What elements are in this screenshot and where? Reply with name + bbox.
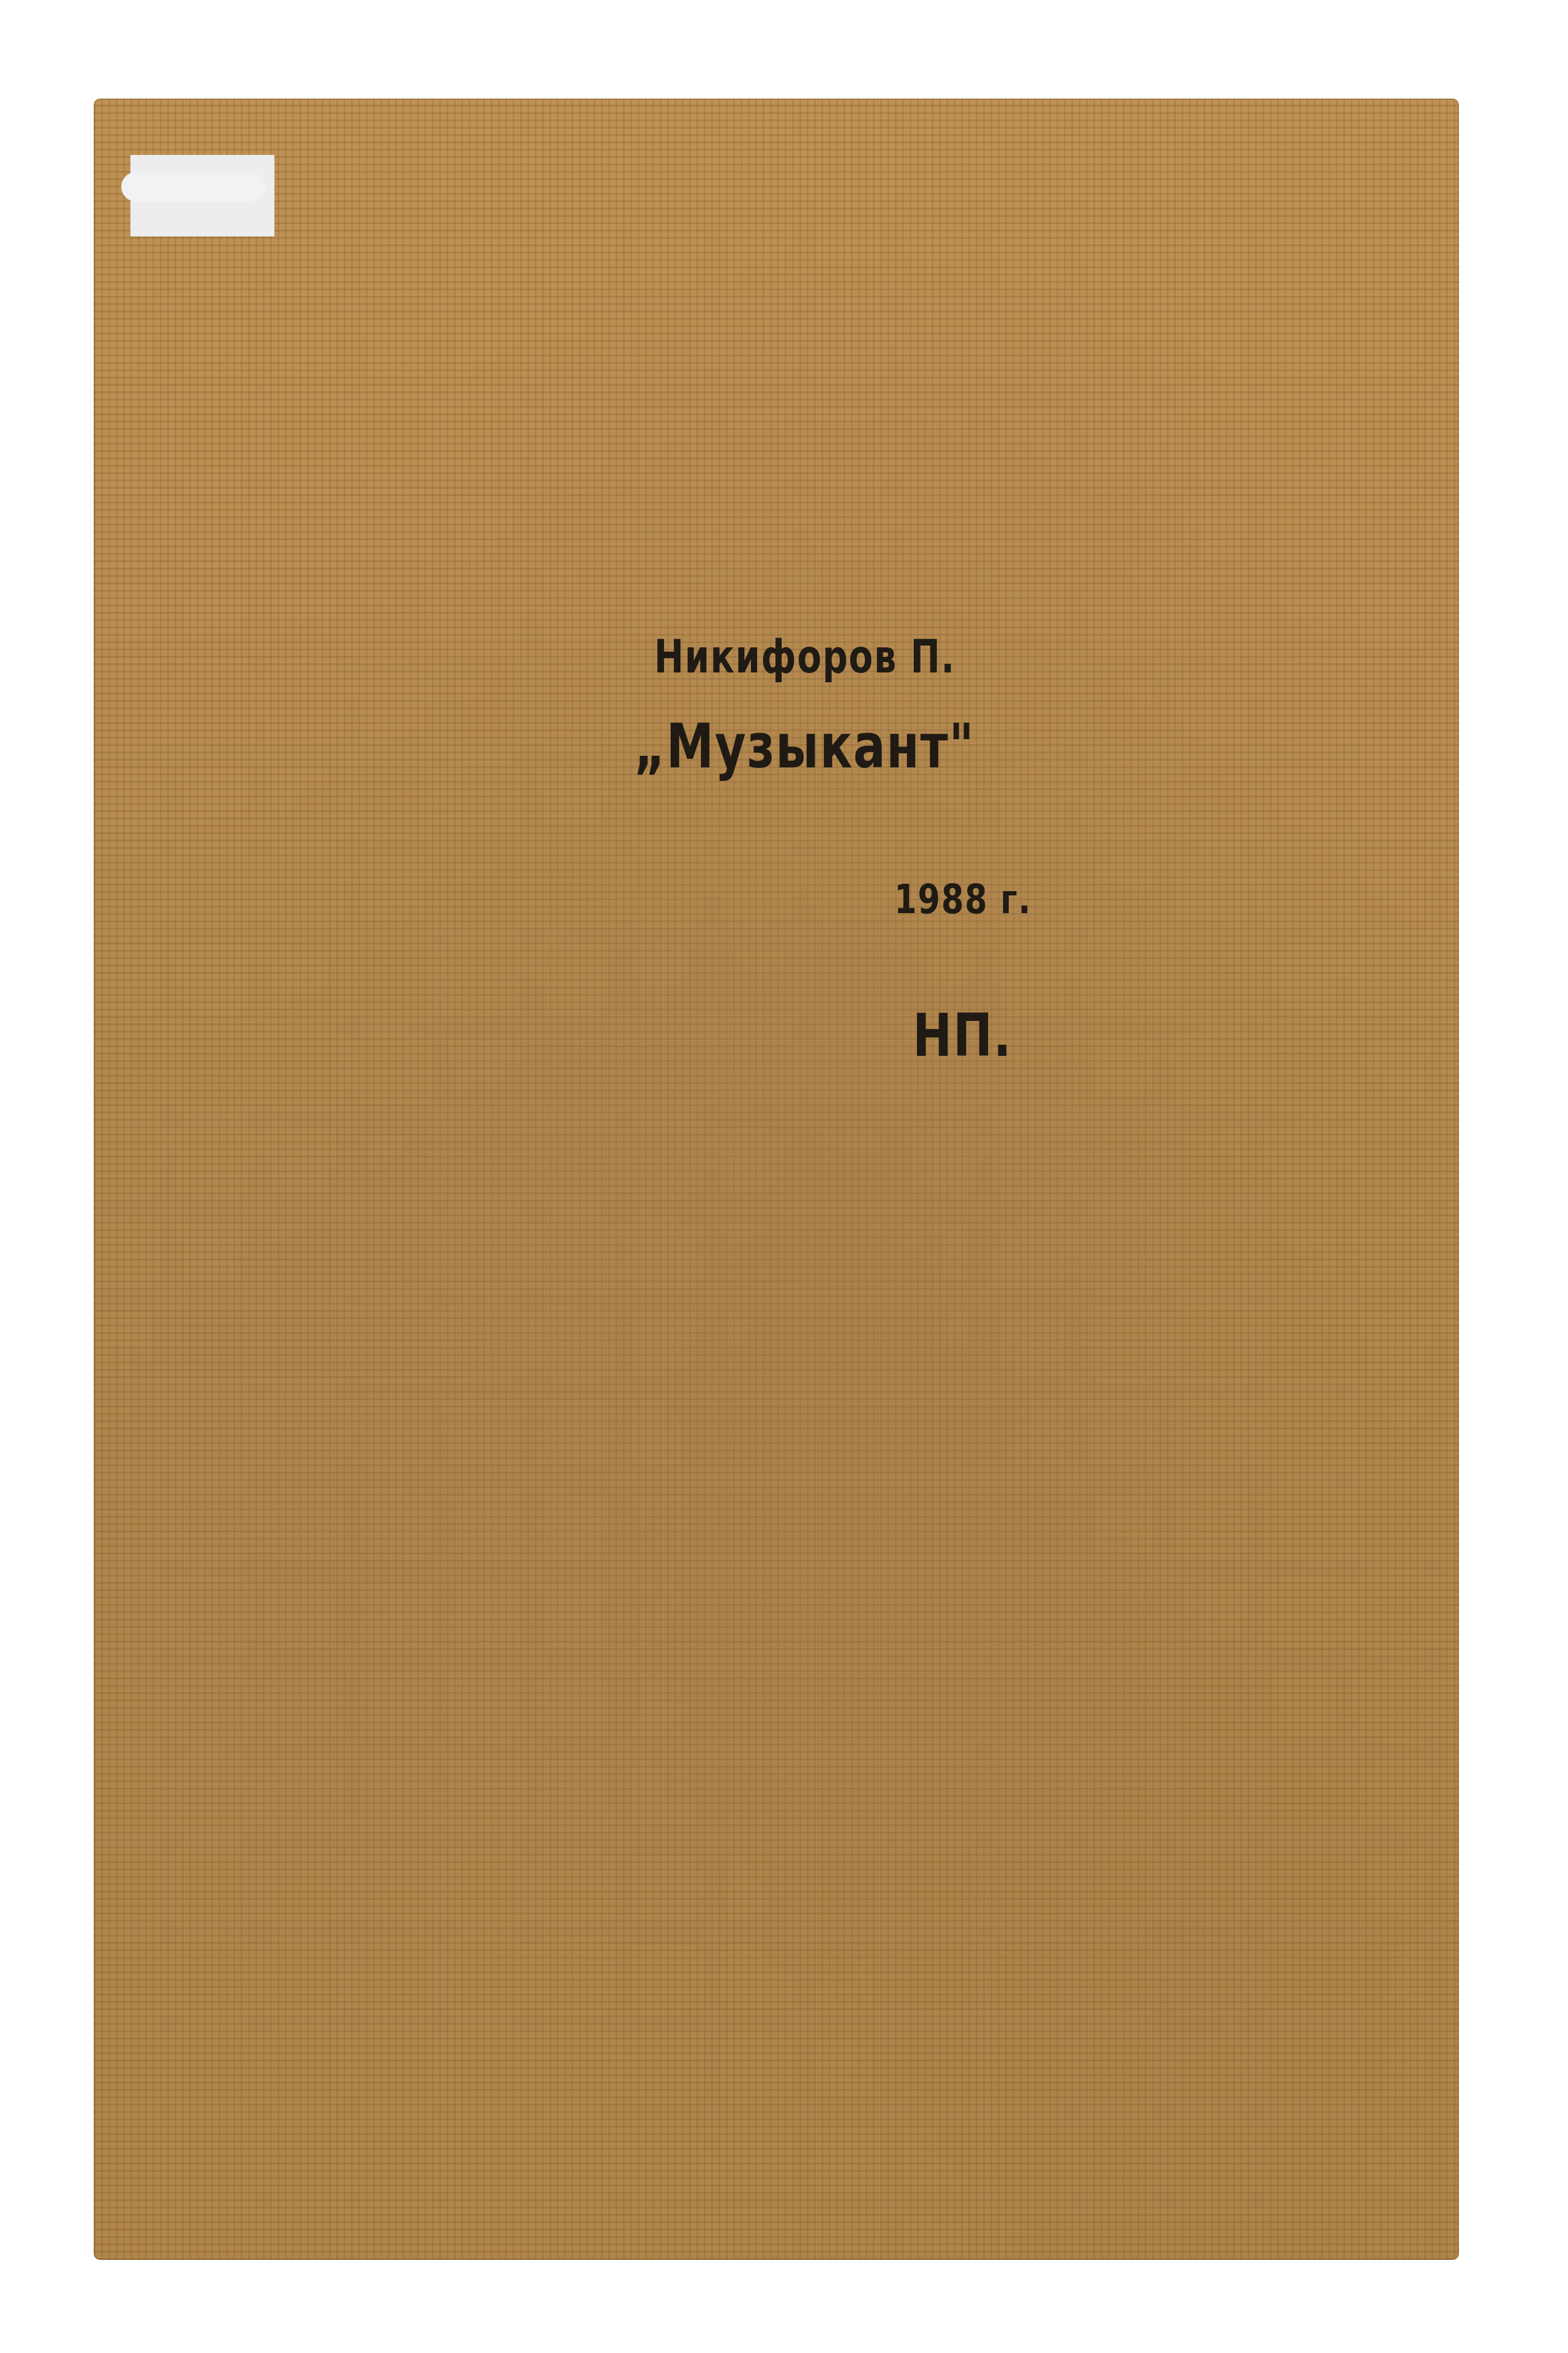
inscription-monogram: НП. — [913, 1001, 1012, 1070]
blank-label-sticker — [130, 155, 274, 236]
label-tab — [121, 172, 265, 201]
inscription-author: Никифоров П. — [654, 631, 956, 683]
inscription-year: 1988 г. — [894, 876, 1031, 923]
hardboard-panel — [94, 99, 1459, 2260]
inscription-title: „Музыкант" — [634, 710, 975, 782]
